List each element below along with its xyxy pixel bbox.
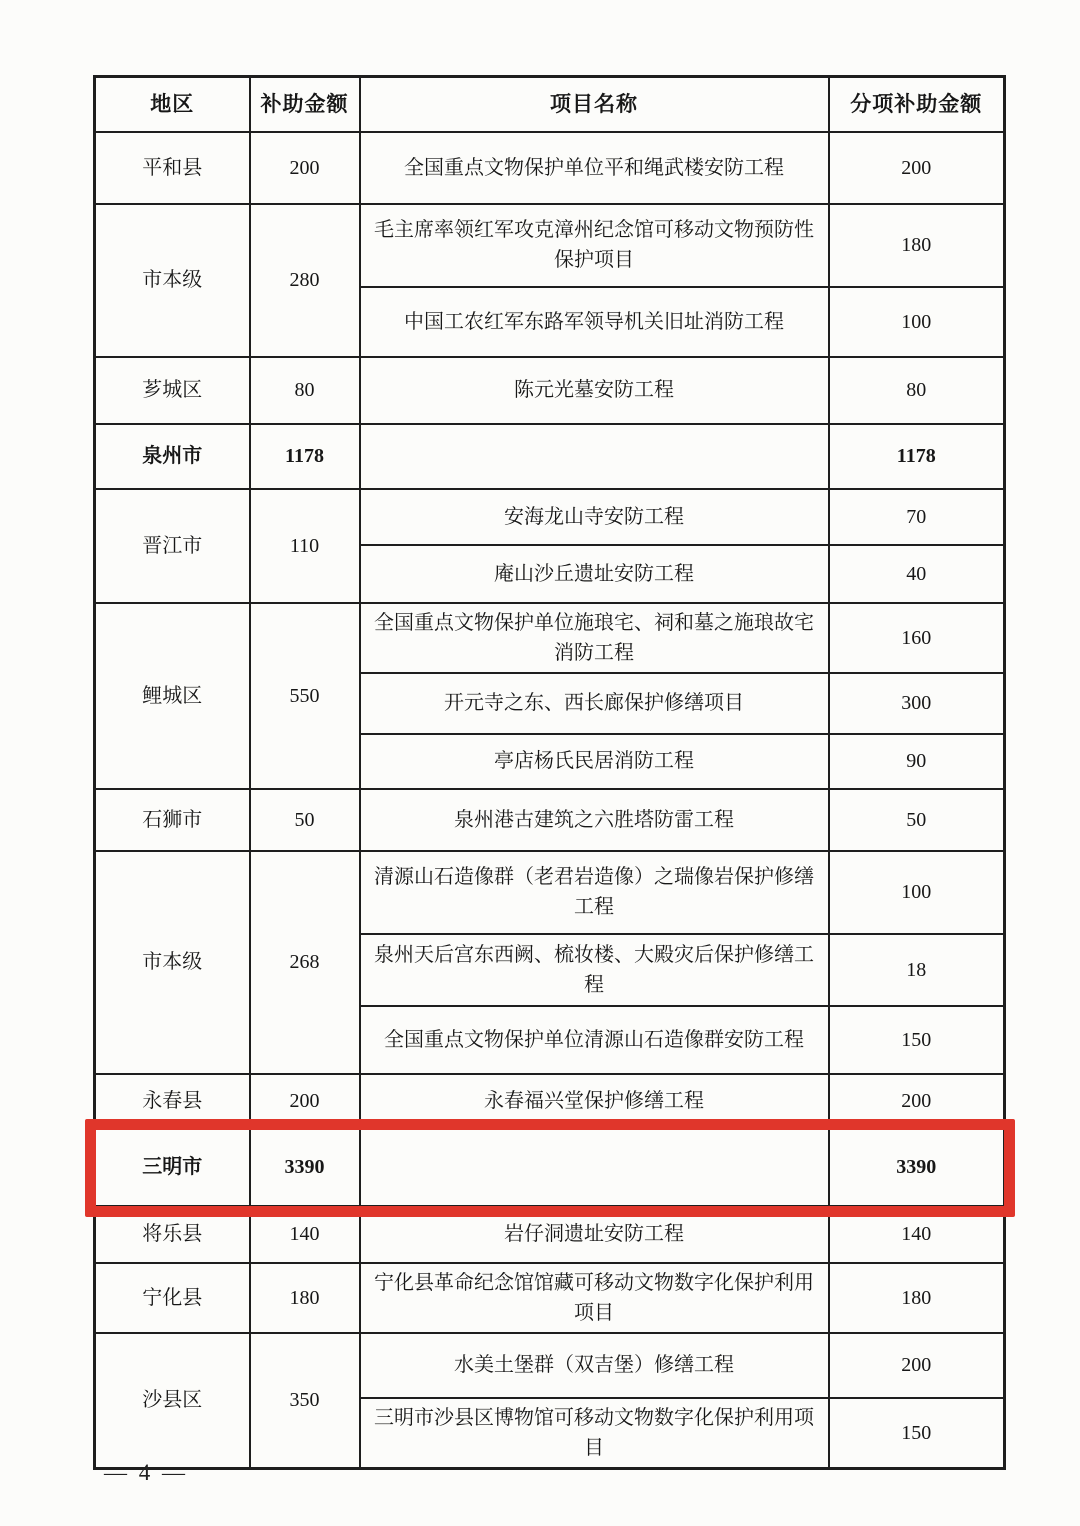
- subitem-amount-cell: 100: [829, 287, 1005, 357]
- subitem-amount-cell: 200: [829, 1074, 1005, 1129]
- project-name-cell: 庵山沙丘遗址安防工程: [360, 545, 829, 603]
- region-cell: 平和县: [95, 132, 250, 204]
- subitem-amount-cell: 40: [829, 545, 1005, 603]
- subitem-amount-cell: 160: [829, 603, 1005, 673]
- header-cell-subsidy-amount: 补助金额: [250, 77, 360, 132]
- subsidy-amount-cell: 50: [250, 789, 360, 851]
- subitem-amount-cell: 18: [829, 934, 1005, 1006]
- table-row: 泉州市11781178: [95, 424, 1005, 489]
- project-name-cell: [360, 1129, 829, 1206]
- project-name-cell: 中国工农红军东路军领导机关旧址消防工程: [360, 287, 829, 357]
- subsidy-amount-cell: 110: [250, 489, 360, 603]
- project-name-cell: 水美土堡群（双吉堡）修缮工程: [360, 1333, 829, 1398]
- region-cell: 市本级: [95, 851, 250, 1074]
- table-row-highlighted: 三明市33903390: [95, 1129, 1005, 1206]
- project-name-cell: 泉州天后宫东西阙、梳妆楼、大殿灾后保护修缮工程: [360, 934, 829, 1006]
- subitem-amount-cell: 180: [829, 1263, 1005, 1333]
- project-name-cell: 泉州港古建筑之六胜塔防雷工程: [360, 789, 829, 851]
- project-name-cell: 亭店杨氏民居消防工程: [360, 734, 829, 789]
- subitem-amount-cell: 300: [829, 673, 1005, 734]
- region-cell: 石狮市: [95, 789, 250, 851]
- table-row: 芗城区80陈元光墓安防工程80: [95, 357, 1005, 424]
- subitem-amount-cell: 90: [829, 734, 1005, 789]
- project-name-cell: 陈元光墓安防工程: [360, 357, 829, 424]
- header-cell-project-name: 项目名称: [360, 77, 829, 132]
- subsidy-amount-cell: 3390: [250, 1129, 360, 1206]
- project-name-cell: 安海龙山寺安防工程: [360, 489, 829, 545]
- project-name-cell: 全国重点文物保护单位清源山石造像群安防工程: [360, 1006, 829, 1074]
- subsidy-amount-cell: 550: [250, 603, 360, 789]
- table-row: 市本级280毛主席率领红军攻克漳州纪念馆可移动文物预防性保护项目180: [95, 204, 1005, 287]
- subsidy-amount-cell: 180: [250, 1263, 360, 1333]
- region-cell: 将乐县: [95, 1206, 250, 1263]
- subitem-amount-cell: 150: [829, 1006, 1005, 1074]
- table-row: 晋江市110安海龙山寺安防工程70: [95, 489, 1005, 545]
- project-name-cell: 开元寺之东、西长廊保护修缮项目: [360, 673, 829, 734]
- project-name-cell: 岩仔洞遗址安防工程: [360, 1206, 829, 1263]
- region-cell: 沙县区: [95, 1333, 250, 1469]
- table-header: 地区 补助金额 项目名称 分项补助金额: [95, 77, 1005, 132]
- table-row: 宁化县180宁化县革命纪念馆馆藏可移动文物数字化保护利用项目180: [95, 1263, 1005, 1333]
- subsidy-allocation-table: 地区 补助金额 项目名称 分项补助金额 平和县200全国重点文物保护单位平和绳武…: [93, 75, 1006, 1470]
- project-name-cell: [360, 424, 829, 489]
- subsidy-amount-cell: 350: [250, 1333, 360, 1469]
- subitem-amount-cell: 100: [829, 851, 1005, 934]
- table-row: 市本级268清源山石造像群（老君岩造像）之瑞像岩保护修缮工程100: [95, 851, 1005, 934]
- subitem-amount-cell: 50: [829, 789, 1005, 851]
- subitem-amount-cell: 140: [829, 1206, 1005, 1263]
- subitem-amount-cell: 150: [829, 1398, 1005, 1469]
- subsidy-amount-cell: 200: [250, 1074, 360, 1129]
- region-cell: 晋江市: [95, 489, 250, 603]
- project-name-cell: 全国重点文物保护单位平和绳武楼安防工程: [360, 132, 829, 204]
- region-cell: 芗城区: [95, 357, 250, 424]
- subsidy-amount-cell: 80: [250, 357, 360, 424]
- subsidy-amount-cell: 280: [250, 204, 360, 357]
- table-row: 平和县200全国重点文物保护单位平和绳武楼安防工程200: [95, 132, 1005, 204]
- subitem-amount-cell: 3390: [829, 1129, 1005, 1206]
- project-name-cell: 全国重点文物保护单位施琅宅、祠和墓之施琅故宅消防工程: [360, 603, 829, 673]
- region-cell: 宁化县: [95, 1263, 250, 1333]
- subitem-amount-cell: 70: [829, 489, 1005, 545]
- subitem-amount-cell: 1178: [829, 424, 1005, 489]
- project-name-cell: 三明市沙县区博物馆可移动文物数字化保护利用项目: [360, 1398, 829, 1469]
- table-row: 将乐县140岩仔洞遗址安防工程140: [95, 1206, 1005, 1263]
- table-row: 永春县200永春福兴堂保护修缮工程200: [95, 1074, 1005, 1129]
- region-cell: 市本级: [95, 204, 250, 357]
- project-name-cell: 毛主席率领红军攻克漳州纪念馆可移动文物预防性保护项目: [360, 204, 829, 287]
- subsidy-amount-cell: 268: [250, 851, 360, 1074]
- region-cell: 三明市: [95, 1129, 250, 1206]
- region-cell: 鲤城区: [95, 603, 250, 789]
- project-name-cell: 永春福兴堂保护修缮工程: [360, 1074, 829, 1129]
- table-row: 石狮市50泉州港古建筑之六胜塔防雷工程50: [95, 789, 1005, 851]
- project-name-cell: 宁化县革命纪念馆馆藏可移动文物数字化保护利用项目: [360, 1263, 829, 1333]
- page-number: — 4 —: [104, 1460, 188, 1486]
- table-row: 沙县区350水美土堡群（双吉堡）修缮工程200: [95, 1333, 1005, 1398]
- table-header-row: 地区 补助金额 项目名称 分项补助金额: [95, 77, 1005, 132]
- subsidy-amount-cell: 1178: [250, 424, 360, 489]
- header-cell-subitem-amount: 分项补助金额: [829, 77, 1005, 132]
- subitem-amount-cell: 200: [829, 1333, 1005, 1398]
- project-name-cell: 清源山石造像群（老君岩造像）之瑞像岩保护修缮工程: [360, 851, 829, 934]
- subitem-amount-cell: 180: [829, 204, 1005, 287]
- subitem-amount-cell: 200: [829, 132, 1005, 204]
- subsidy-amount-cell: 200: [250, 132, 360, 204]
- table-body: 平和县200全国重点文物保护单位平和绳武楼安防工程200市本级280毛主席率领红…: [95, 132, 1005, 1469]
- region-cell: 永春县: [95, 1074, 250, 1129]
- subsidy-amount-cell: 140: [250, 1206, 360, 1263]
- subitem-amount-cell: 80: [829, 357, 1005, 424]
- scanned-document-page: 地区 补助金额 项目名称 分项补助金额 平和县200全国重点文物保护单位平和绳武…: [0, 0, 1080, 1526]
- header-cell-region: 地区: [95, 77, 250, 132]
- table-row: 鲤城区550全国重点文物保护单位施琅宅、祠和墓之施琅故宅消防工程160: [95, 603, 1005, 673]
- region-cell: 泉州市: [95, 424, 250, 489]
